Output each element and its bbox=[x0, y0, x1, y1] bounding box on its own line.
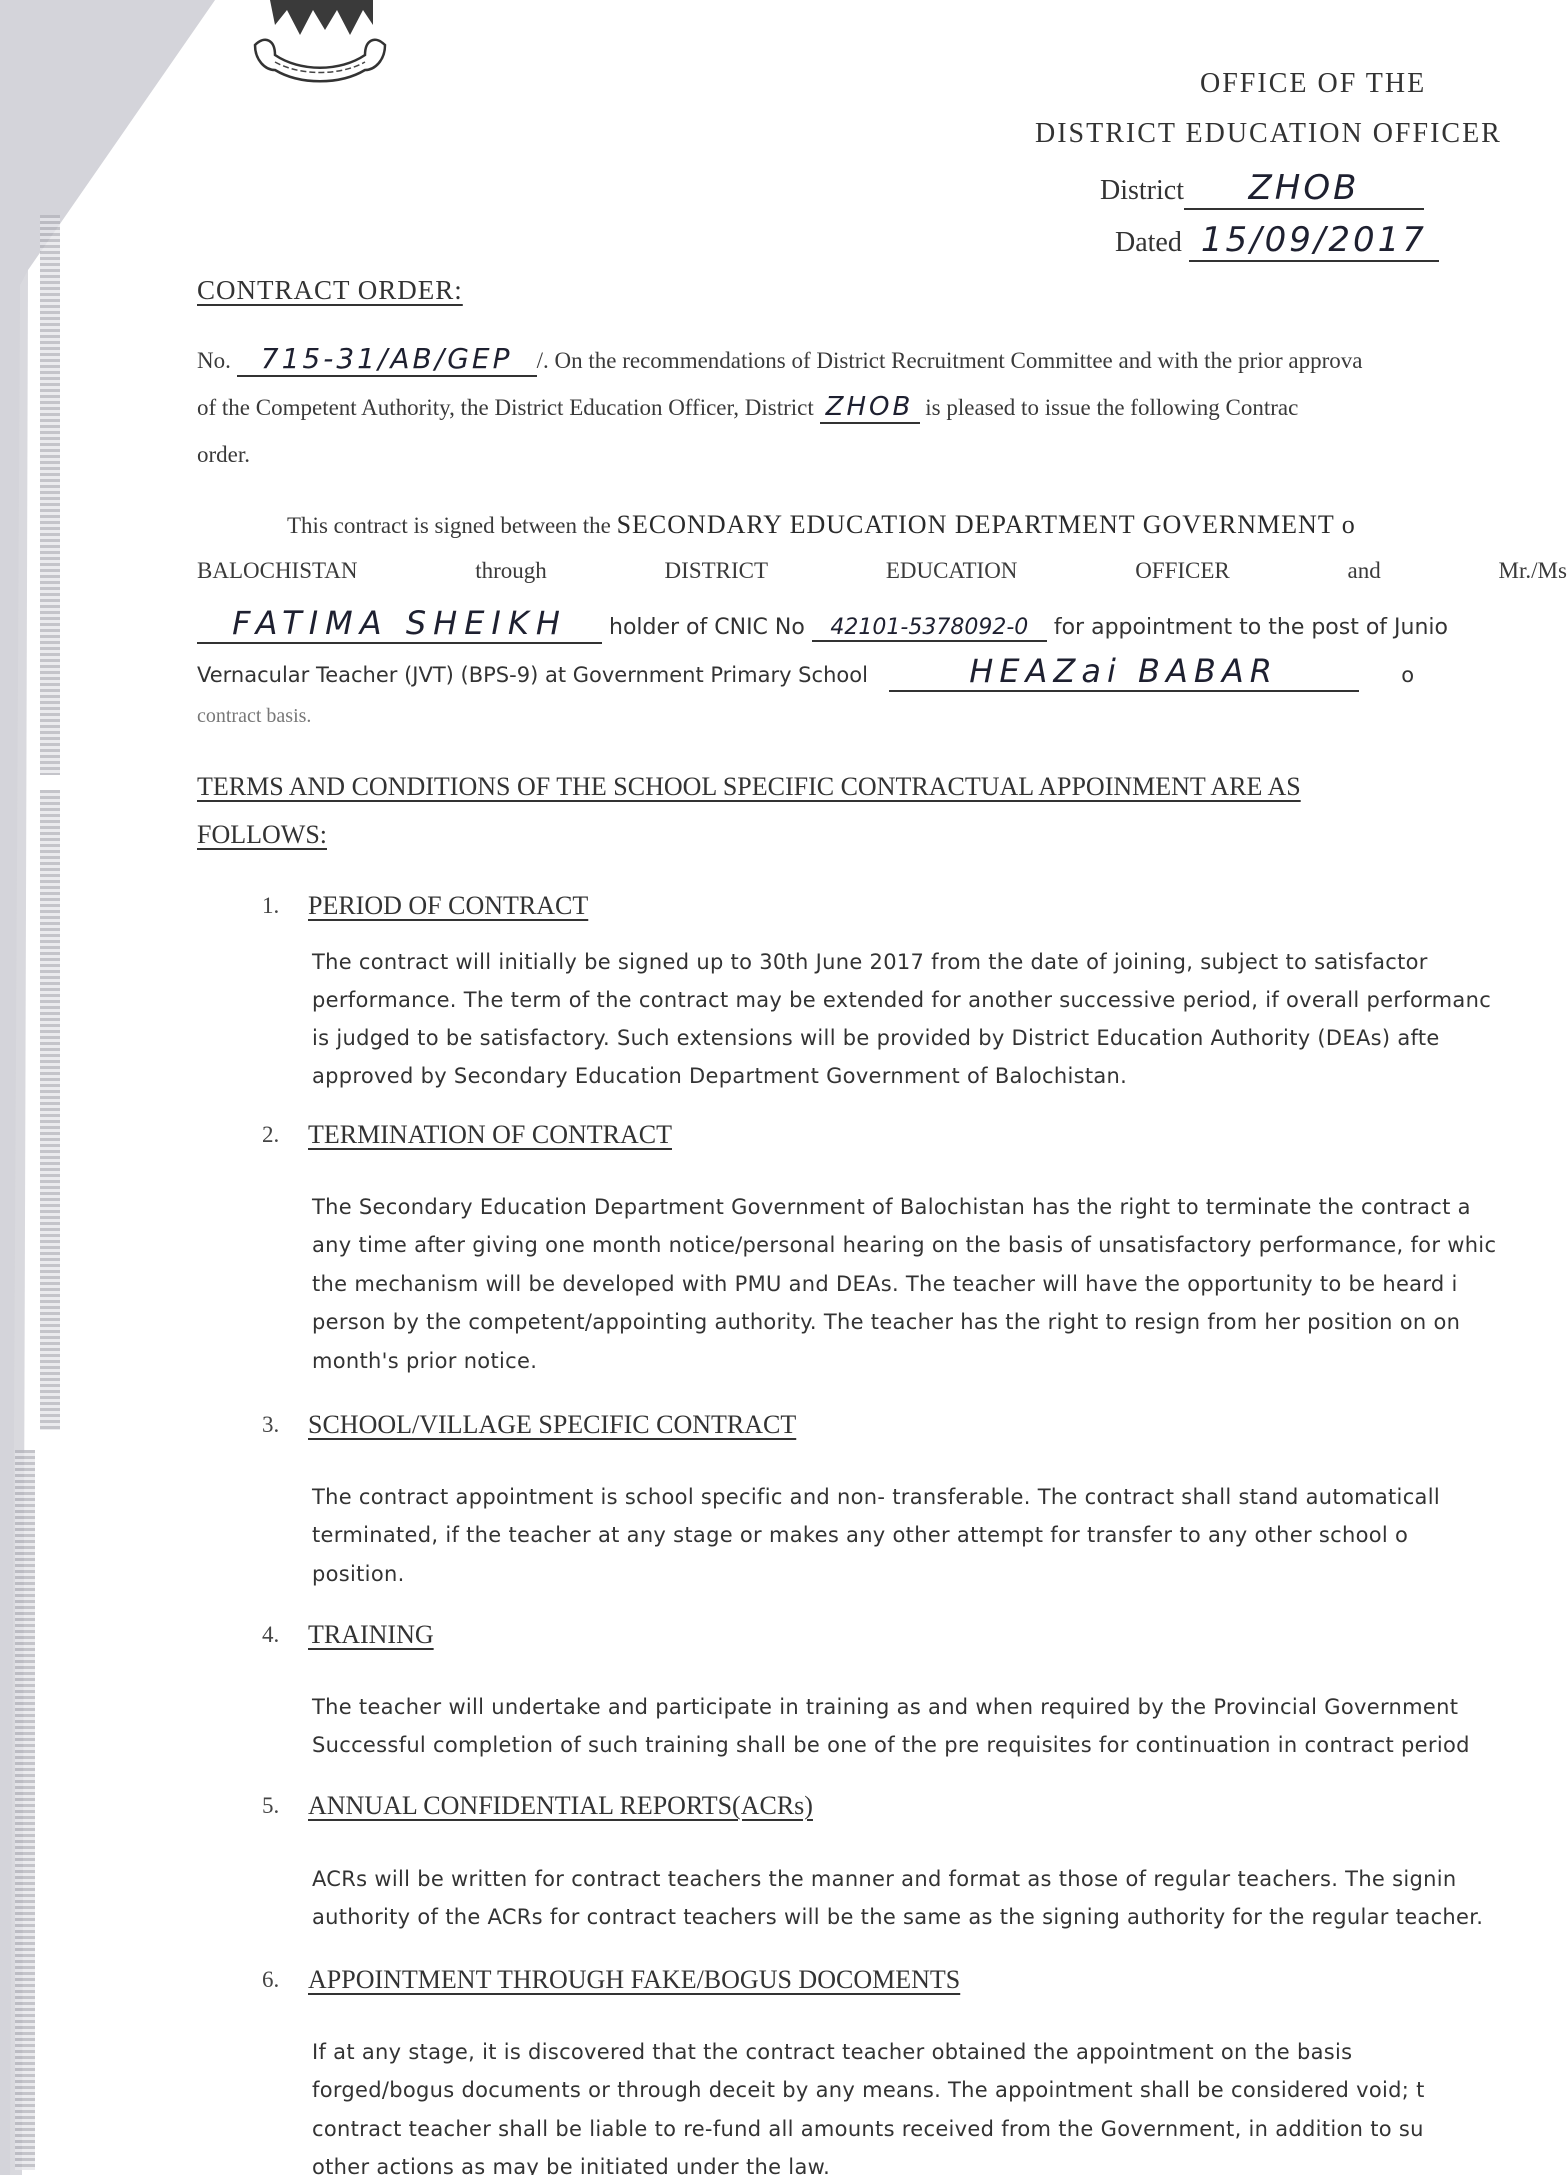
section-heading: TRAINING bbox=[308, 1620, 434, 1650]
contract-word: through bbox=[475, 558, 547, 584]
contract-line-2: BALOCHISTAN through DISTRICT EDUCATION O… bbox=[197, 558, 1567, 584]
contract-word: OFFICER bbox=[1135, 558, 1230, 584]
dated-field: Dated 15/09/2017 bbox=[1115, 220, 1439, 262]
scan-edge-stripe bbox=[40, 790, 60, 1430]
section-body-line: is judged to be satisfactory. Such exten… bbox=[312, 1026, 1440, 1050]
section-body-line: The contract will initially be signed up… bbox=[312, 950, 1428, 974]
order-no-value: 715-31/AB/GEP bbox=[237, 342, 537, 377]
contract-order-title: CONTRACT ORDER: bbox=[197, 275, 463, 306]
office-line-2: DISTRICT EDUCATION OFFICER bbox=[1035, 118, 1502, 150]
dated-value: 15/09/2017 bbox=[1189, 220, 1439, 262]
section-heading: ANNUAL CONFIDENTIAL REPORTS(ACRs) bbox=[308, 1791, 813, 1821]
contract-line-4: Vernacular Teacher (JVT) (BPS-9) at Gove… bbox=[197, 652, 1414, 692]
section-number: 2. bbox=[262, 1122, 279, 1148]
section-body-line: contract teacher shall be liable to re-f… bbox=[312, 2117, 1424, 2141]
order-para-line-3: order. bbox=[197, 442, 250, 468]
section-body-line: any time after giving one month notice/p… bbox=[312, 1233, 1496, 1257]
contract-word: BALOCHISTAN bbox=[197, 558, 357, 584]
school-name-value: HEAZai BABAR bbox=[889, 652, 1359, 692]
terms-heading-line-1: TERMS AND CONDITIONS OF THE SCHOOL SPECI… bbox=[197, 772, 1301, 802]
cnic-label: holder of CNIC No bbox=[609, 615, 805, 640]
cnic-value: 42101-5378092-0 bbox=[812, 615, 1047, 642]
scan-edge-stripe bbox=[15, 1450, 35, 2170]
contract-word: EDUCATION bbox=[886, 558, 1018, 584]
contract-text: This contract is signed between the bbox=[287, 513, 611, 538]
contract-line-3: FATIMA SHEIKH holder of CNIC No 42101-53… bbox=[197, 604, 1448, 644]
section-body-line: approved by Secondary Education Departme… bbox=[312, 1064, 1127, 1088]
section-body-line: month's prior notice. bbox=[312, 1349, 537, 1373]
government-emblem-icon bbox=[245, 0, 395, 90]
contract-text: for appointment to the post of Junio bbox=[1054, 615, 1448, 640]
district-value: ZHOB bbox=[1184, 168, 1424, 210]
district-field: DistrictZHOB bbox=[1100, 168, 1424, 210]
order-para-line-1: No. 715-31/AB/GEP/. On the recommendatio… bbox=[197, 342, 1363, 377]
scan-edge-stripe bbox=[40, 215, 60, 775]
section-number: 1. bbox=[262, 893, 279, 919]
contract-text: o bbox=[1401, 663, 1414, 687]
terms-heading-line-2: FOLLOWS: bbox=[197, 820, 327, 850]
contract-word: and bbox=[1348, 558, 1381, 584]
section-number: 3. bbox=[262, 1412, 279, 1438]
section-body-line: authority of the ACRs for contract teach… bbox=[312, 1905, 1483, 1929]
teacher-name-value: FATIMA SHEIKH bbox=[197, 604, 602, 644]
section-heading: PERIOD OF CONTRACT bbox=[308, 891, 588, 921]
section-heading: TERMINATION OF CONTRACT bbox=[308, 1120, 672, 1150]
contract-word: DISTRICT bbox=[665, 558, 769, 584]
district-label: District bbox=[1100, 175, 1184, 206]
section-body-line: performance. The term of the contract ma… bbox=[312, 988, 1491, 1012]
section-number: 5. bbox=[262, 1793, 279, 1819]
section-body-line: other actions as may be initiated under … bbox=[312, 2155, 830, 2175]
contract-parties: SECONDARY EDUCATION DEPARTMENT GOVERNMEN… bbox=[617, 510, 1356, 539]
section-body-line: If at any stage, it is discovered that t… bbox=[312, 2040, 1352, 2064]
section-body-line: Successful completion of such training s… bbox=[312, 1733, 1470, 1757]
section-body-line: person by the competent/appointing autho… bbox=[312, 1310, 1460, 1334]
section-body-line: the mechanism will be developed with PMU… bbox=[312, 1272, 1458, 1296]
section-number: 6. bbox=[262, 1967, 279, 1993]
order-district-value: ZHOB bbox=[820, 392, 920, 424]
order-para-text: /. On the recommendations of District Re… bbox=[537, 348, 1363, 373]
contract-word: Mr./Ms bbox=[1499, 558, 1567, 584]
order-para-line-2: of the Competent Authority, the District… bbox=[197, 392, 1298, 424]
section-body-line: The Secondary Education Department Gover… bbox=[312, 1195, 1471, 1219]
section-body-line: The teacher will undertake and participa… bbox=[312, 1695, 1458, 1719]
order-no-label: No. bbox=[197, 348, 231, 373]
section-heading: SCHOOL/VILLAGE SPECIFIC CONTRACT bbox=[308, 1410, 796, 1440]
section-body-line: terminated, if the teacher at any stage … bbox=[312, 1523, 1408, 1547]
section-number: 4. bbox=[262, 1622, 279, 1648]
section-body-line: position. bbox=[312, 1562, 405, 1586]
contract-line-1: This contract is signed between the SECO… bbox=[287, 510, 1356, 540]
dated-label: Dated bbox=[1115, 227, 1182, 258]
office-line-1: OFFICE OF THE bbox=[1200, 68, 1426, 100]
section-body-line: The contract appointment is school speci… bbox=[312, 1485, 1440, 1509]
section-body-line: ACRs will be written for contract teache… bbox=[312, 1867, 1456, 1891]
order-para-text: of the Competent Authority, the District… bbox=[197, 395, 814, 420]
section-heading: APPOINTMENT THROUGH FAKE/BOGUS DOCOMENTS bbox=[308, 1965, 960, 1995]
contract-line-5: contract basis. bbox=[197, 705, 311, 728]
section-body-line: forged/bogus documents or through deceit… bbox=[312, 2078, 1425, 2102]
order-para-text: is pleased to issue the following Contra… bbox=[925, 395, 1298, 420]
contract-text: Vernacular Teacher (JVT) (BPS-9) at Gove… bbox=[197, 663, 868, 687]
